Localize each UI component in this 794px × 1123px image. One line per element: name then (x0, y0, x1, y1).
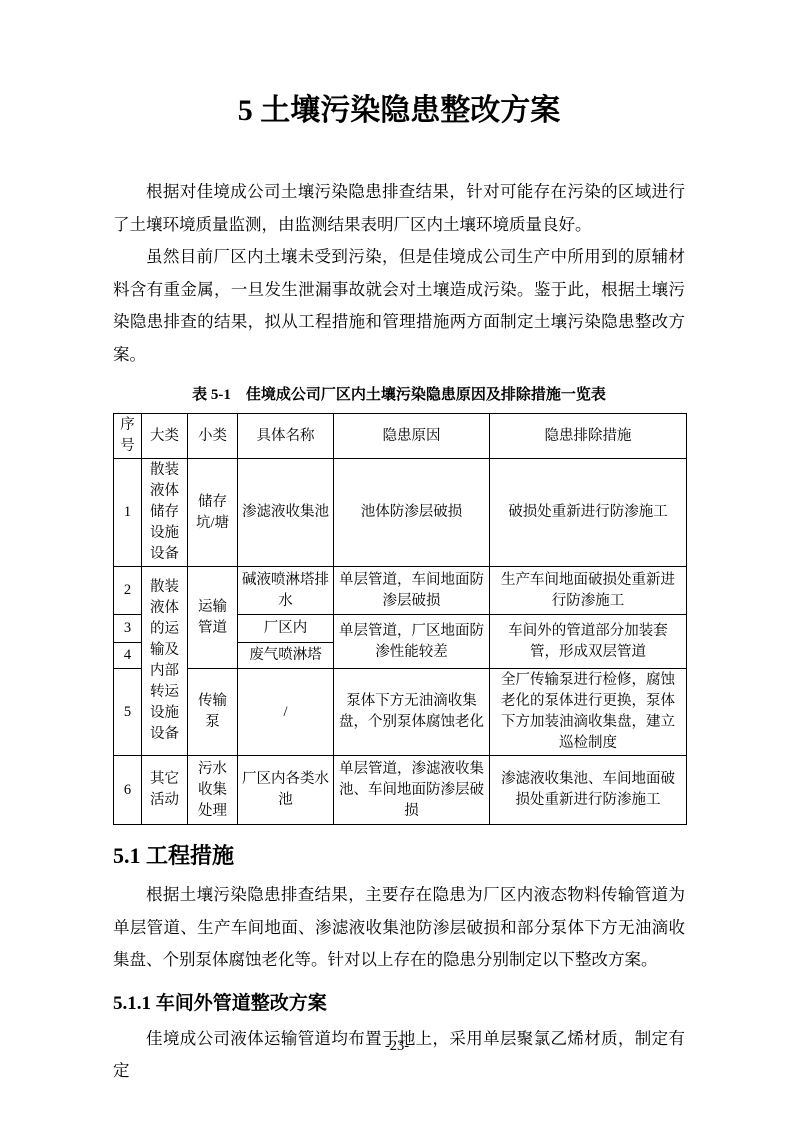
cell-r6-category: 其它活动 (142, 756, 188, 825)
cell-r2-name: 碱液喷淋塔排水 (238, 567, 334, 615)
header-measure: 隐患排除措施 (490, 414, 687, 459)
cell-r3-seq: 3 (114, 615, 142, 643)
table-row: 1 散装液体储存设施设备 储存坑/塘 渗滤液收集池 池体防渗层破损 破损处重新进… (114, 459, 687, 567)
cell-r6-cause: 单层管道，渗滤液收集池、车间地面防渗层破损 (334, 756, 490, 825)
section-5-1-1-paragraph: 佳境成公司液体运输管道均布置于地上，采用单层聚氯乙烯材质，制定有定 (113, 1023, 685, 1088)
header-category: 大类 (142, 414, 188, 459)
cell-r4-name: 废气喷淋塔 (238, 643, 334, 669)
section-5-1-paragraph: 根据土壤污染隐患排查结果，主要存在隐患为厂区内液态物料传输管道为单层管道、生产车… (113, 879, 685, 977)
cell-r1-cause: 池体防渗层破损 (334, 459, 490, 567)
cell-r6-subcategory: 污水收集处理 (188, 756, 238, 825)
cell-r5-subcategory: 传输泵 (188, 669, 238, 756)
cell-r6-name: 厂区内各类水池 (238, 756, 334, 825)
table-caption: 表 5-1 佳境成公司厂区内土壤污染隐患原因及排除措施一览表 (113, 386, 685, 405)
cell-r2-cause: 单层管道，车间地面防渗层破损 (334, 567, 490, 615)
hazard-table: 序号 大类 小类 具体名称 隐患原因 隐患排除措施 1 散装液体储存设施设备 储… (113, 413, 687, 825)
cell-r3-measure: 车间外的管道部分加装套管，形成双层管道 (490, 615, 687, 669)
header-subcategory: 小类 (188, 414, 238, 459)
cell-r2-measure: 生产车间地面破损处重新进行防渗施工 (490, 567, 687, 615)
cell-r5-cause: 泵体下方无油滴收集盘，个别泵体腐蚀老化 (334, 669, 490, 756)
cell-r4-seq: 4 (114, 643, 142, 669)
cell-r2-category: 散装液体的运输及内部转运设施设备 (142, 567, 188, 756)
table-row: 6 其它活动 污水收集处理 厂区内各类水池 单层管道，渗滤液收集池、车间地面防渗… (114, 756, 687, 825)
page-content: 5 土壤污染隐患整改方案 根据对佳境成公司土壤污染隐患排查结果，针对可能存在污染… (113, 0, 685, 1088)
cell-r6-seq: 6 (114, 756, 142, 825)
table-row: 5 传输泵 / 泵体下方无油滴收集盘，个别泵体腐蚀老化 全厂传输泵进行检修，腐蚀… (114, 669, 687, 756)
cell-r6-measure: 渗滤液收集池、车间地面破损处重新进行防渗施工 (490, 756, 687, 825)
cell-r1-subcategory: 储存坑/塘 (188, 459, 238, 567)
cell-r5-seq: 5 (114, 669, 142, 756)
header-cause: 隐患原因 (334, 414, 490, 459)
cell-r1-measure: 破损处重新进行防渗施工 (490, 459, 687, 567)
header-seq: 序号 (114, 414, 142, 459)
header-name: 具体名称 (238, 414, 334, 459)
document-page: 5 土壤污染隐患整改方案 根据对佳境成公司土壤污染隐患排查结果，针对可能存在污染… (0, 0, 794, 1123)
section-heading-5-1-1: 5.1.1 车间外管道整改方案 (113, 991, 685, 1017)
cell-r3-name: 厂区内 (238, 615, 334, 643)
cell-r1-name: 渗滤液收集池 (238, 459, 334, 567)
page-number: -23- (0, 1038, 794, 1055)
intro-paragraph-1: 根据对佳境成公司土壤污染隐患排查结果，针对可能存在污染的区域进行了土壤环境质量监… (113, 176, 685, 241)
cell-r5-name: / (238, 669, 334, 756)
table-row: 2 散装液体的运输及内部转运设施设备 运输管道 碱液喷淋塔排水 单层管道，车间地… (114, 567, 687, 615)
cell-r2-seq: 2 (114, 567, 142, 615)
cell-r3-cause: 单层管道，厂区地面防渗性能较差 (334, 615, 490, 669)
section-heading-5-1: 5.1 工程措施 (113, 841, 685, 871)
table-header-row: 序号 大类 小类 具体名称 隐患原因 隐患排除措施 (114, 414, 687, 459)
intro-paragraph-2: 虽然目前厂区内土壤未受到污染，但是佳境成公司生产中所用到的原辅材料含有重金属，一… (113, 241, 685, 371)
chapter-title: 5 土壤污染隐患整改方案 (113, 0, 685, 132)
cell-r5-measure: 全厂传输泵进行检修，腐蚀老化的泵体进行更换，泵体下方加装油滴收集盘，建立巡检制度 (490, 669, 687, 756)
cell-r1-category: 散装液体储存设施设备 (142, 459, 188, 567)
cell-r1-seq: 1 (114, 459, 142, 567)
cell-r2-subcategory: 运输管道 (188, 567, 238, 669)
